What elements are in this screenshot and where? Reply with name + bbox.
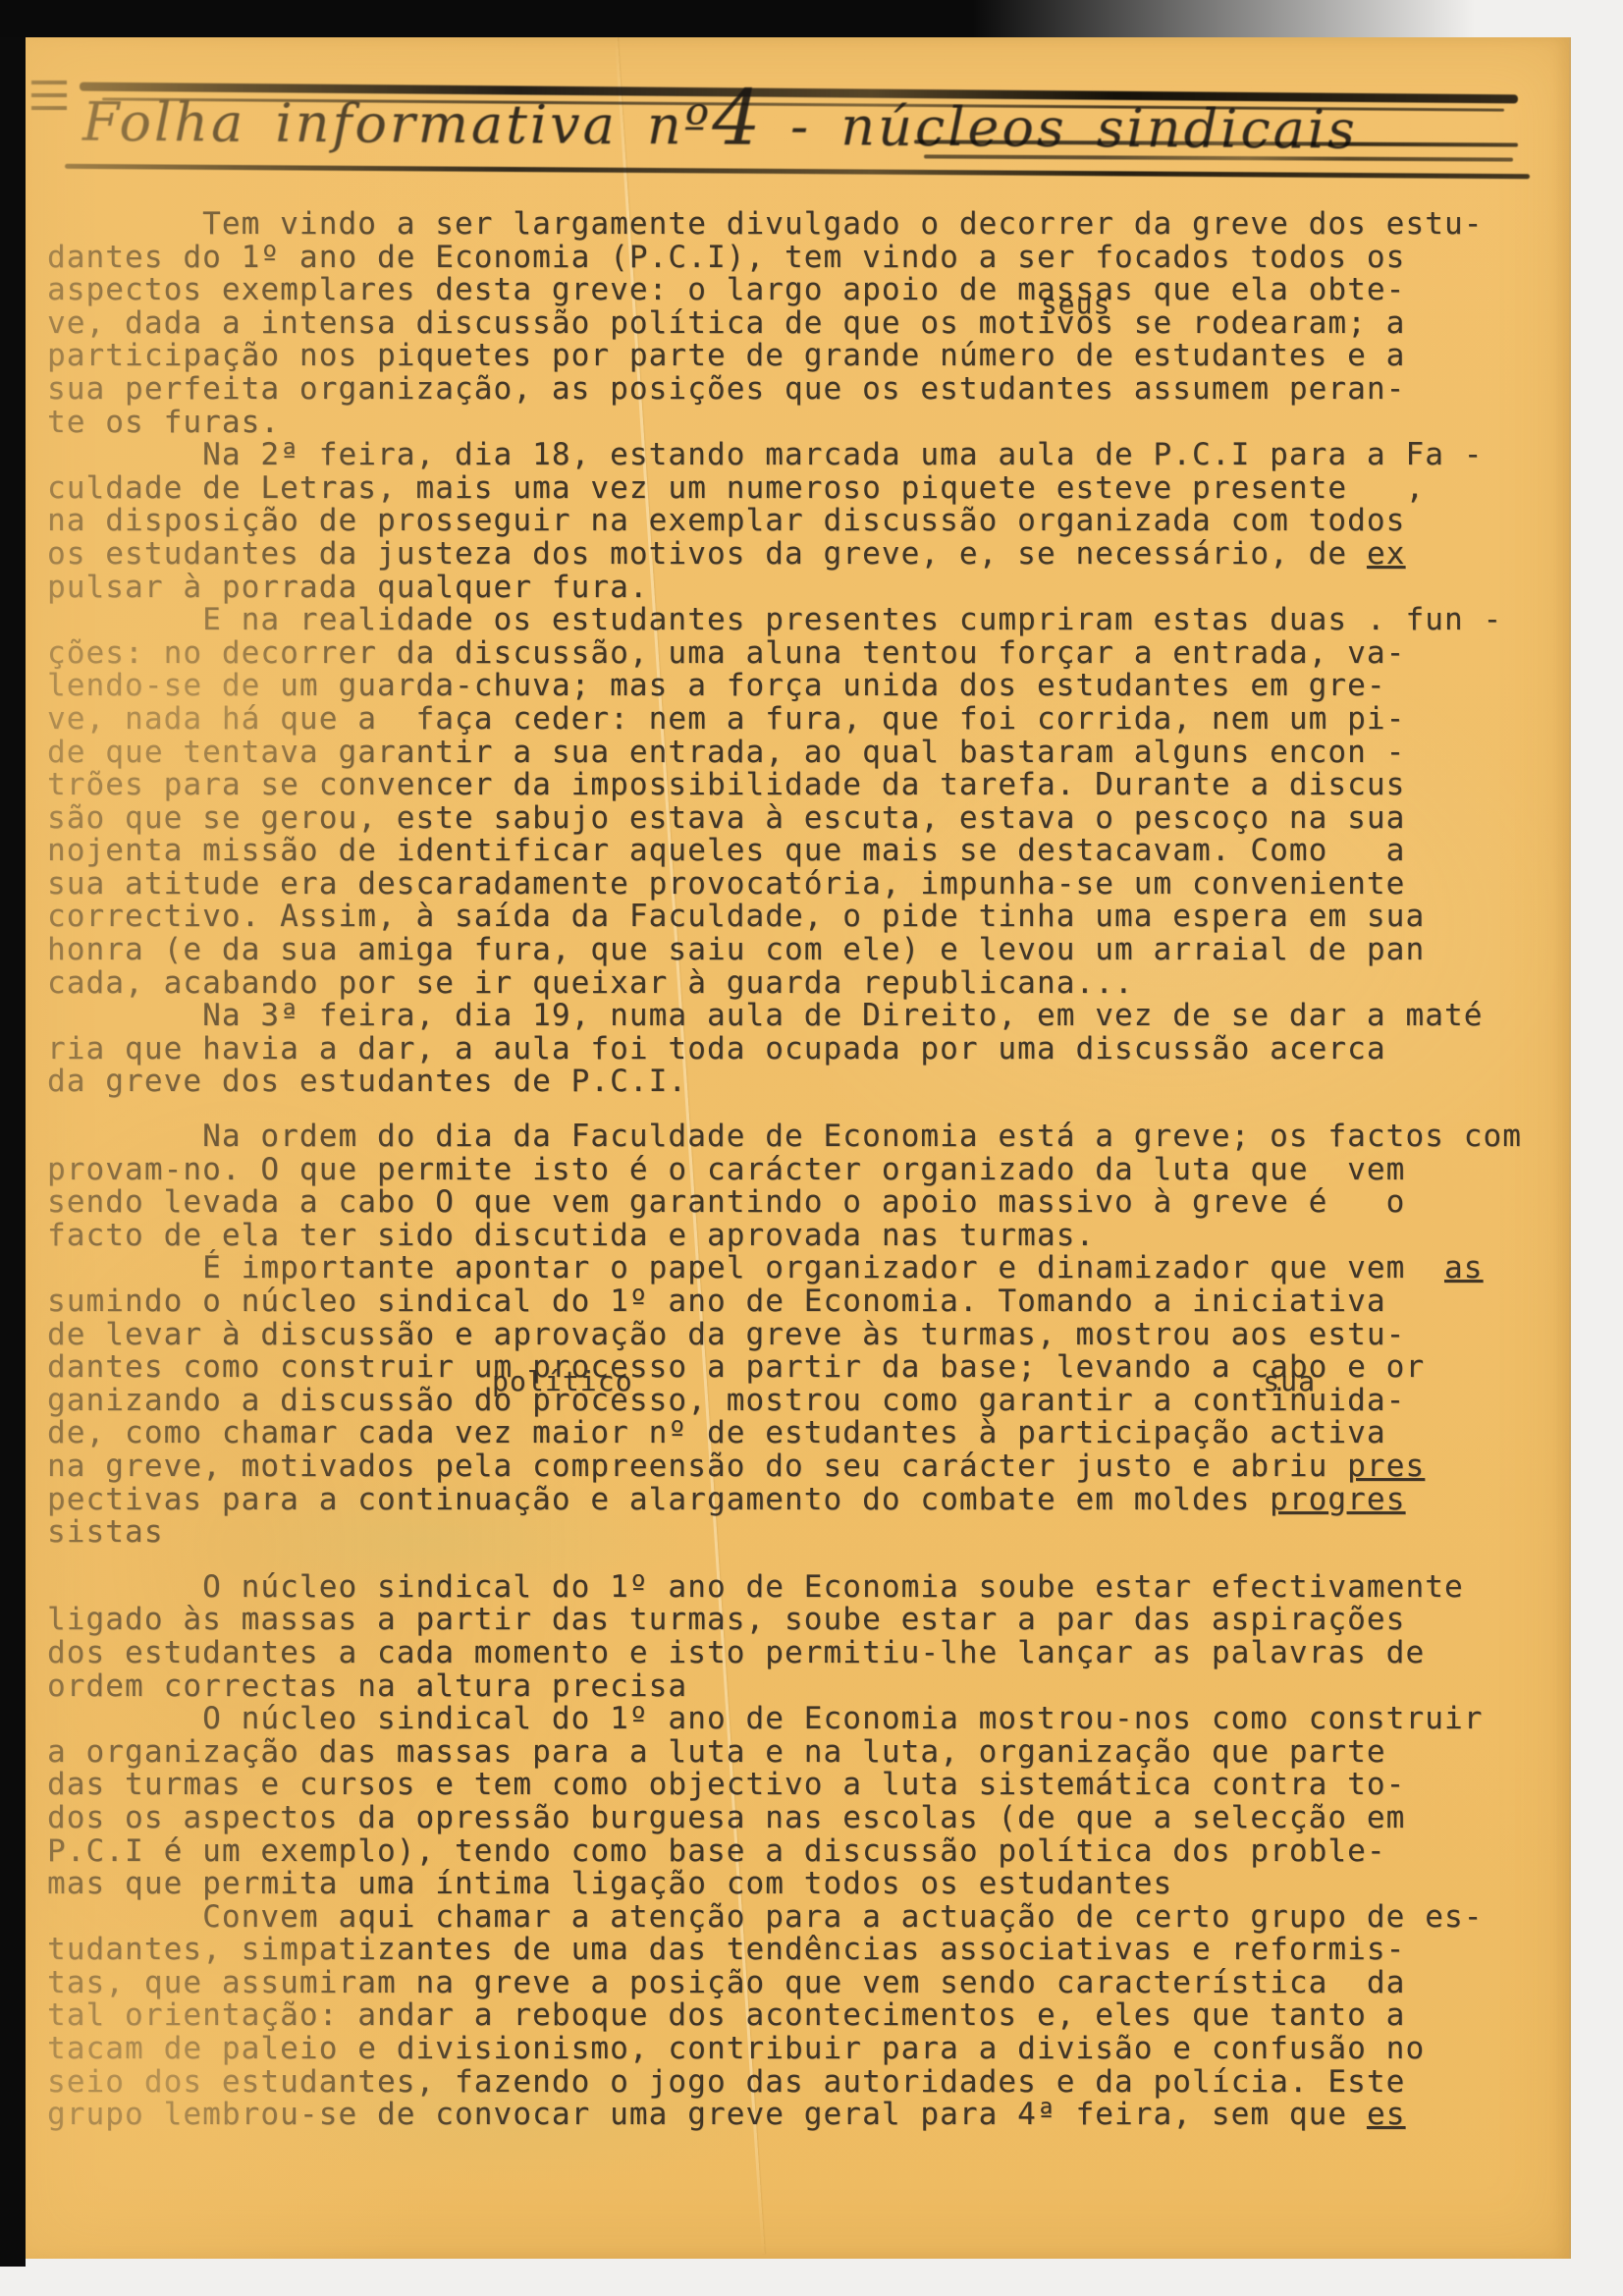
- typewritten-line: Tem vindo a ser largamente divulgado o d…: [47, 208, 1530, 242]
- typewritten-line: Na ordem do dia da Faculdade de Economia…: [47, 1121, 1530, 1154]
- typewritten-line: são que se gerou, este sabujo estava à e…: [47, 802, 1530, 836]
- typewritten-line: culdade de Letras, mais uma vez um numer…: [47, 472, 1530, 506]
- title-suffix: - núcleos sindicais: [790, 95, 1358, 161]
- underlined-syllable: ex: [1367, 536, 1406, 572]
- document-scan: Folha informativa nº4 - núcleos sindicai…: [0, 0, 1623, 2296]
- pen-dash: [31, 93, 67, 97]
- typewritten-line: ordem correctas na altura precisa: [47, 1670, 1530, 1704]
- typewritten-line: Na 3ª feira, dia 19, numa aula de Direit…: [47, 1000, 1530, 1033]
- underlined-syllable: progres: [1270, 1482, 1405, 1517]
- typewritten-line: ve, dada a intensa discussão política de…: [47, 307, 1530, 341]
- typewritten-line: pulsar à porrada qualquer fura.: [47, 572, 1530, 605]
- typewritten-line: tudantes, simpatizantes de uma das tendê…: [47, 1934, 1530, 1967]
- typewritten-line: dos os aspectos da opressão burguesa nas…: [47, 1802, 1530, 1835]
- typewritten-line: honra (e da sua amiga fura, que saiu com…: [47, 934, 1530, 967]
- typewritten-line: dos estudantes a cada momento e isto per…: [47, 1637, 1530, 1670]
- underlined-syllable: es: [1367, 2097, 1406, 2132]
- typewritten-line: na disposição de prosseguir na exemplar …: [47, 505, 1530, 538]
- scan-edge-left: [0, 0, 26, 2267]
- typewritten-line: facto de ela ter sido discutida e aprova…: [47, 1220, 1530, 1253]
- underlined-syllable: as: [1444, 1250, 1484, 1285]
- typewritten-line: de que tentava garantir a sua entrada, a…: [47, 737, 1530, 770]
- ink-rule-underline: [65, 164, 1530, 179]
- typewritten-line: ve, nada há que a faça ceder: nem a fura…: [47, 703, 1530, 737]
- typewritten-line: na greve, motivados pela compreensão do …: [47, 1450, 1530, 1484]
- pen-dash: [31, 81, 67, 84]
- title-number: 4: [712, 75, 761, 163]
- typewritten-line: das turmas e cursos e tem como objectivo…: [47, 1769, 1530, 1802]
- typewritten-line: os estudantes da justeza dos motivos da …: [47, 538, 1530, 572]
- typewritten-line: ligado às massas a partir das turmas, so…: [47, 1604, 1530, 1637]
- typewritten-line: tacam de paleio e divisionismo, contribu…: [47, 2033, 1530, 2066]
- typewritten-line: sua perfeita organização, as posições qu…: [47, 373, 1530, 407]
- interlinear-insertion: sua: [1263, 1368, 1316, 1395]
- typewritten-line: O núcleo sindical do 1º ano de Economia …: [47, 1571, 1530, 1605]
- pen-dash: [31, 106, 67, 110]
- typewritten-line: mas que permita uma íntima ligação com t…: [47, 1868, 1530, 1901]
- typewritten-line: dantes do 1º ano de Economia (P.C.I), te…: [47, 242, 1530, 275]
- typewritten-line: ria que havia a dar, a aula foi toda ocu…: [47, 1033, 1530, 1066]
- typewritten-line: sumindo o núcleo sindical do 1º ano de E…: [47, 1285, 1530, 1319]
- typewritten-line: participação nos piquetes por parte de g…: [47, 340, 1530, 373]
- typewritten-line: lendo-se de um guarda-chuva; mas a força…: [47, 670, 1530, 703]
- typewritten-line: correctivo. Assim, à saída da Faculdade,…: [47, 901, 1530, 934]
- underlined-syllable: pres: [1347, 1449, 1425, 1484]
- scan-edge-top: [0, 0, 1569, 37]
- typewritten-line: grupo lembrou-se de convocar uma greve g…: [47, 2099, 1530, 2132]
- typewritten-line: Na 2ª feira, dia 18, estando marcada uma…: [47, 439, 1530, 472]
- page-title: Folha informativa nº4 - núcleos sindicai…: [82, 91, 1163, 160]
- typewritten-line: sua atitude era descaradamente provocató…: [47, 868, 1530, 902]
- ink-rule-right-2: [924, 154, 1513, 161]
- typewritten-line: sendo levada a cabo O que vem garantindo…: [47, 1186, 1530, 1220]
- typewritten-line: te os furas.: [47, 407, 1530, 440]
- typewritten-line: provam-no. O que permite isto é o caráct…: [47, 1154, 1530, 1187]
- typewritten-line: pectivas para a continuação e alargament…: [47, 1484, 1530, 1517]
- typewritten-line: a organização das massas para a luta e n…: [47, 1736, 1530, 1770]
- interlinear-insertion: político: [492, 1368, 633, 1395]
- typewritten-line: aspectos exemplares desta greve: o largo…: [47, 274, 1530, 307]
- typewritten-line: seio dos estudantes, fazendo o jogo das …: [47, 2066, 1530, 2100]
- interlinear-insertion: seus: [1041, 291, 1111, 318]
- typewritten-line: tas, que assumiram na greve a posição qu…: [47, 1967, 1530, 2000]
- typewritten-line: de, como chamar cada vez maior nº de est…: [47, 1417, 1530, 1450]
- title-prefix: Folha informativa nº: [82, 91, 713, 157]
- typewritten-text: Tem vindo a ser largamente divulgado o d…: [47, 208, 1530, 2132]
- typewritten-line: cada, acabando por se ir queixar à guard…: [47, 967, 1530, 1001]
- typewritten-line: ções: no decorrer da discussão, uma alun…: [47, 637, 1530, 671]
- typewritten-line: de levar à discussão e aprovação da grev…: [47, 1319, 1530, 1352]
- typewritten-line: Convem aqui chamar a atenção para a actu…: [47, 1901, 1530, 1935]
- typewritten-line: nojenta missão de identificar aqueles qu…: [47, 835, 1530, 868]
- typewritten-line: P.C.I é um exemplo), tendo como base a d…: [47, 1835, 1530, 1869]
- typewritten-line: ganizando a discussão do processo, mostr…: [47, 1385, 1530, 1418]
- paper-sheet: Folha informativa nº4 - núcleos sindicai…: [26, 37, 1571, 2259]
- typewritten-line: da greve dos estudantes de P.C.I.: [47, 1066, 1530, 1099]
- typewritten-line: É importante apontar o papel organizador…: [47, 1252, 1530, 1285]
- typewritten-line: O núcleo sindical do 1º ano de Economia …: [47, 1703, 1530, 1736]
- typewritten-line: sistas: [47, 1516, 1530, 1550]
- typewritten-line: E na realidade os estudantes presentes c…: [47, 604, 1530, 637]
- typewritten-line: tal orientação: andar a reboque dos acon…: [47, 1999, 1530, 2033]
- typewritten-line: trões para se convencer da impossibilida…: [47, 769, 1530, 802]
